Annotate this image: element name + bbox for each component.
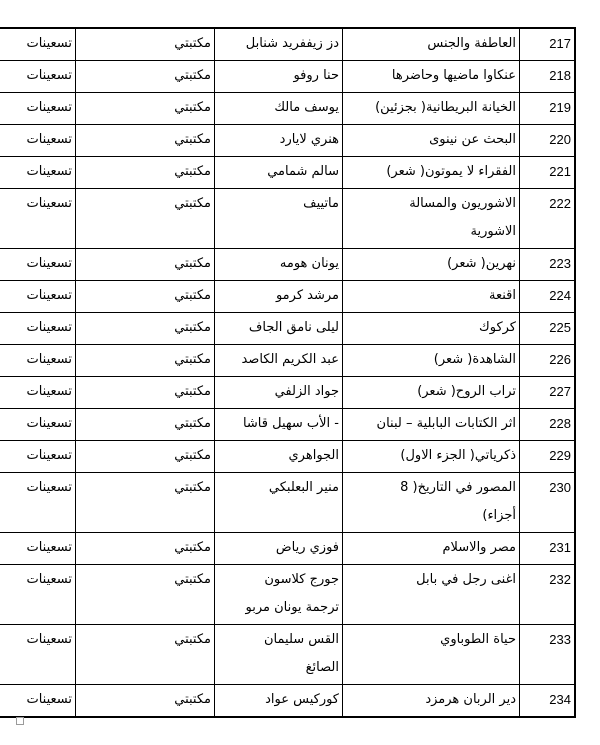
table-row: 229ذكرياتي( الجزء الاول)الجواهريمكتبتيتس… — [0, 441, 575, 473]
cell-title: الشاهدة( شعر) — [343, 345, 520, 377]
cell-decade: تسعينات — [0, 125, 76, 157]
cell-author: دز زيففريد شنابل — [215, 28, 343, 61]
book-table-body: 217العاطفة والجنسدز زيففريد شنابلمكتبتيت… — [0, 28, 575, 717]
cell-author: الجواهري — [215, 441, 343, 473]
cell-library: مكتبتي — [76, 93, 215, 125]
cell-library: مكتبتي — [76, 409, 215, 441]
cell-author: يوسف مالك — [215, 93, 343, 125]
cell-decade: تسعينات — [0, 189, 76, 249]
cell-library: مكتبتي — [76, 565, 215, 625]
cell-number: 219 — [520, 93, 576, 125]
cell-library: مكتبتي — [76, 685, 215, 718]
cell-number: 231 — [520, 533, 576, 565]
cell-library: مكتبتي — [76, 313, 215, 345]
cell-author: ماتييف — [215, 189, 343, 249]
cell-title: المصور في التاريخ( 8 أجزاء) — [343, 473, 520, 533]
cell-title: الخيانة البريطانية( بجزئين) — [343, 93, 520, 125]
cell-number: 228 — [520, 409, 576, 441]
cell-library: مكتبتي — [76, 61, 215, 93]
cell-decade: تسعينات — [0, 313, 76, 345]
cell-library: مكتبتي — [76, 441, 215, 473]
cell-library: مكتبتي — [76, 625, 215, 685]
cell-number: 234 — [520, 685, 576, 718]
cell-title: ذكرياتي( الجزء الاول) — [343, 441, 520, 473]
cell-decade: تسعينات — [0, 157, 76, 189]
table-row: 230المصور في التاريخ( 8 أجزاء)منير البعل… — [0, 473, 575, 533]
cell-decade: تسعينات — [0, 533, 76, 565]
cell-title: اقنعة — [343, 281, 520, 313]
cell-number: 220 — [520, 125, 576, 157]
cell-author: فوزي رياض — [215, 533, 343, 565]
table-row: 220البحث عن نينوىهنري لاياردمكتبتيتسعينا… — [0, 125, 575, 157]
cell-number: 221 — [520, 157, 576, 189]
cell-decade: تسعينات — [0, 28, 76, 61]
cell-library: مكتبتي — [76, 189, 215, 249]
table-row: 234دير الربان هرمزدكوركيس عوادمكتبتيتسعي… — [0, 685, 575, 718]
cell-library: مكتبتي — [76, 345, 215, 377]
cell-title: الاشوريون والمسالة الاشورية — [343, 189, 520, 249]
cell-title: اغنى رجل في بابل — [343, 565, 520, 625]
cell-decade: تسعينات — [0, 409, 76, 441]
cell-title: تراب الروح( شعر) — [343, 377, 520, 409]
table-row: 231مصر والاسلامفوزي رياضمكتبتيتسعينات — [0, 533, 575, 565]
cell-number: 223 — [520, 249, 576, 281]
cell-number: 226 — [520, 345, 576, 377]
cell-library: مكتبتي — [76, 157, 215, 189]
cell-author: عبد الكريم الكاصد — [215, 345, 343, 377]
cell-library: مكتبتي — [76, 249, 215, 281]
cell-library: مكتبتي — [76, 473, 215, 533]
cell-title: اثر الكتابات البابلية – لبنان — [343, 409, 520, 441]
cell-title: حياة الطوباوي — [343, 625, 520, 685]
cell-author: - الأب سهيل قاشا — [215, 409, 343, 441]
cell-library: مكتبتي — [76, 377, 215, 409]
cell-decade: تسعينات — [0, 377, 76, 409]
cell-number: 227 — [520, 377, 576, 409]
cell-number: 230 — [520, 473, 576, 533]
cell-number: 224 — [520, 281, 576, 313]
cell-number: 232 — [520, 565, 576, 625]
table-row: 227تراب الروح( شعر)جواد الزلفيمكتبتيتسعي… — [0, 377, 575, 409]
table-row: 218عنكاوا ماضيها وحاضرهاحنا روفومكتبتيتس… — [0, 61, 575, 93]
cell-author: القس سليمان الصائغ — [215, 625, 343, 685]
cell-title: دير الربان هرمزد — [343, 685, 520, 718]
cell-title: العاطفة والجنس — [343, 28, 520, 61]
cell-author: حنا روفو — [215, 61, 343, 93]
cell-library: مكتبتي — [76, 281, 215, 313]
cell-decade: تسعينات — [0, 61, 76, 93]
cell-number: 229 — [520, 441, 576, 473]
cell-author: ليلى نامق الجاف — [215, 313, 343, 345]
cell-decade: تسعينات — [0, 93, 76, 125]
table-row: 226الشاهدة( شعر)عبد الكريم الكاصدمكتبتيت… — [0, 345, 575, 377]
cell-decade: تسعينات — [0, 281, 76, 313]
cell-title: نهرين( شعر) — [343, 249, 520, 281]
cell-number: 222 — [520, 189, 576, 249]
cell-number: 233 — [520, 625, 576, 685]
cell-library: مكتبتي — [76, 533, 215, 565]
cell-author: كوركيس عواد — [215, 685, 343, 718]
cell-author: سالم شمامي — [215, 157, 343, 189]
cell-decade: تسعينات — [0, 565, 76, 625]
cell-author: جواد الزلفي — [215, 377, 343, 409]
cell-author: هنري لايارد — [215, 125, 343, 157]
cell-author: جورج كلاسون ترجمة يونان مربو — [215, 565, 343, 625]
table-row: 225كركوكليلى نامق الجافمكتبتيتسعينات — [0, 313, 575, 345]
cell-decade: تسعينات — [0, 345, 76, 377]
cell-title: مصر والاسلام — [343, 533, 520, 565]
cell-author: مرشد كرمو — [215, 281, 343, 313]
table-row: 222الاشوريون والمسالة الاشوريةماتييفمكتب… — [0, 189, 575, 249]
table-row: 219الخيانة البريطانية( بجزئين)يوسف مالكم… — [0, 93, 575, 125]
cell-decade: تسعينات — [0, 473, 76, 533]
object-anchor-square-icon — [16, 717, 24, 725]
cell-title: عنكاوا ماضيها وحاضرها — [343, 61, 520, 93]
cell-decade: تسعينات — [0, 685, 76, 718]
book-list-table: 217العاطفة والجنسدز زيففريد شنابلمكتبتيت… — [0, 27, 576, 718]
cell-title: الفقراء لا يموتون( شعر) — [343, 157, 520, 189]
cell-library: مكتبتي — [76, 28, 215, 61]
cell-decade: تسعينات — [0, 625, 76, 685]
cell-author: يونان هومه — [215, 249, 343, 281]
cell-number: 225 — [520, 313, 576, 345]
table-row: 233حياة الطوباويالقس سليمان الصائغمكتبتي… — [0, 625, 575, 685]
cell-decade: تسعينات — [0, 249, 76, 281]
cell-title: البحث عن نينوى — [343, 125, 520, 157]
cell-decade: تسعينات — [0, 441, 76, 473]
table-row: 221الفقراء لا يموتون( شعر)سالم شماميمكتب… — [0, 157, 575, 189]
cell-author: منير البعلبكي — [215, 473, 343, 533]
cell-library: مكتبتي — [76, 125, 215, 157]
table-row: 228اثر الكتابات البابلية – لبنان- الأب س… — [0, 409, 575, 441]
table-row: 223نهرين( شعر)يونان هومهمكتبتيتسعينات — [0, 249, 575, 281]
cell-number: 218 — [520, 61, 576, 93]
book-list-table-container: 217العاطفة والجنسدز زيففريد شنابلمكتبتيت… — [27, 27, 576, 718]
table-row: 224اقنعةمرشد كرمومكتبتيتسعينات — [0, 281, 575, 313]
cell-title: كركوك — [343, 313, 520, 345]
table-row: 232اغنى رجل في بابلجورج كلاسون ترجمة يون… — [0, 565, 575, 625]
cell-number: 217 — [520, 28, 576, 61]
document-page: 217العاطفة والجنسدز زيففريد شنابلمكتبتيت… — [0, 0, 600, 745]
table-row: 217العاطفة والجنسدز زيففريد شنابلمكتبتيت… — [0, 28, 575, 61]
